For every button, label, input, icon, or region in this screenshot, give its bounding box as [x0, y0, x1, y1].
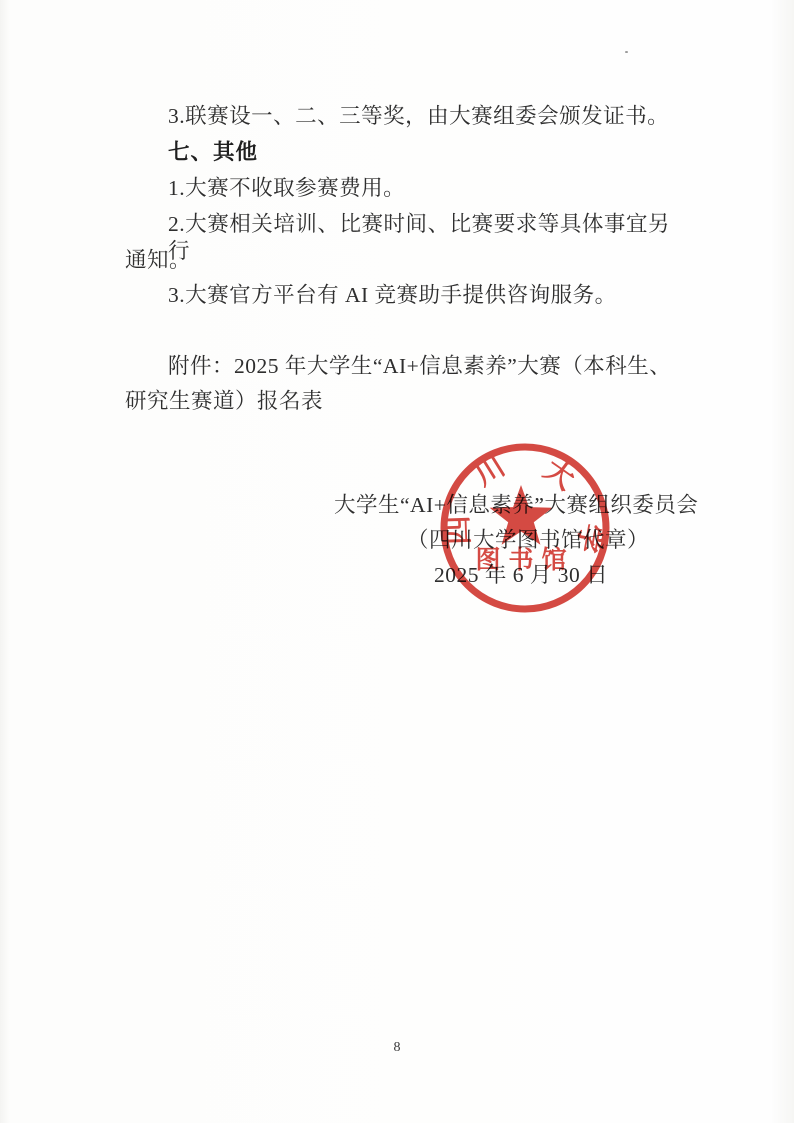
signature-date: 2025 年 6 月 30 日 — [434, 562, 608, 589]
scan-speck — [625, 51, 628, 53]
paragraph-training-line2: 通知。 — [125, 247, 191, 274]
paragraph-awards: 3.联赛设一、二、三等奖，由大赛组委会颁发证书。 — [168, 103, 669, 130]
attachment-note-line2: 研究生赛道）报名表 — [125, 388, 323, 415]
attachment-note-line1: 附件：2025 年大学生“AI+信息素养”大赛（本科生、 — [168, 353, 671, 380]
paragraph-ai-assistant: 3.大赛官方平台有 AI 竞赛助手提供咨询服务。 — [168, 282, 617, 309]
signature-committee: 大学生“AI+信息素养”大赛组织委员会 — [334, 492, 698, 519]
seal-arc-char-2: 川 — [469, 450, 511, 493]
paragraph-training-line1: 2.大赛相关培训、比赛时间、比赛要求等具体事宜另行 — [168, 211, 670, 265]
seal-arc-char-3: 大 — [538, 453, 581, 497]
signature-proxy-note: （四川大学图书馆代章） — [407, 527, 649, 554]
document-page: 3.联赛设一、二、三等奖，由大赛组委会颁发证书。 七、其他 1.大赛不收取参赛费… — [0, 0, 794, 1123]
section-heading-others: 七、其他 — [168, 139, 258, 166]
page-number: 8 — [0, 1040, 794, 1056]
paragraph-no-fee: 1.大赛不收取参赛费用。 — [168, 175, 405, 202]
